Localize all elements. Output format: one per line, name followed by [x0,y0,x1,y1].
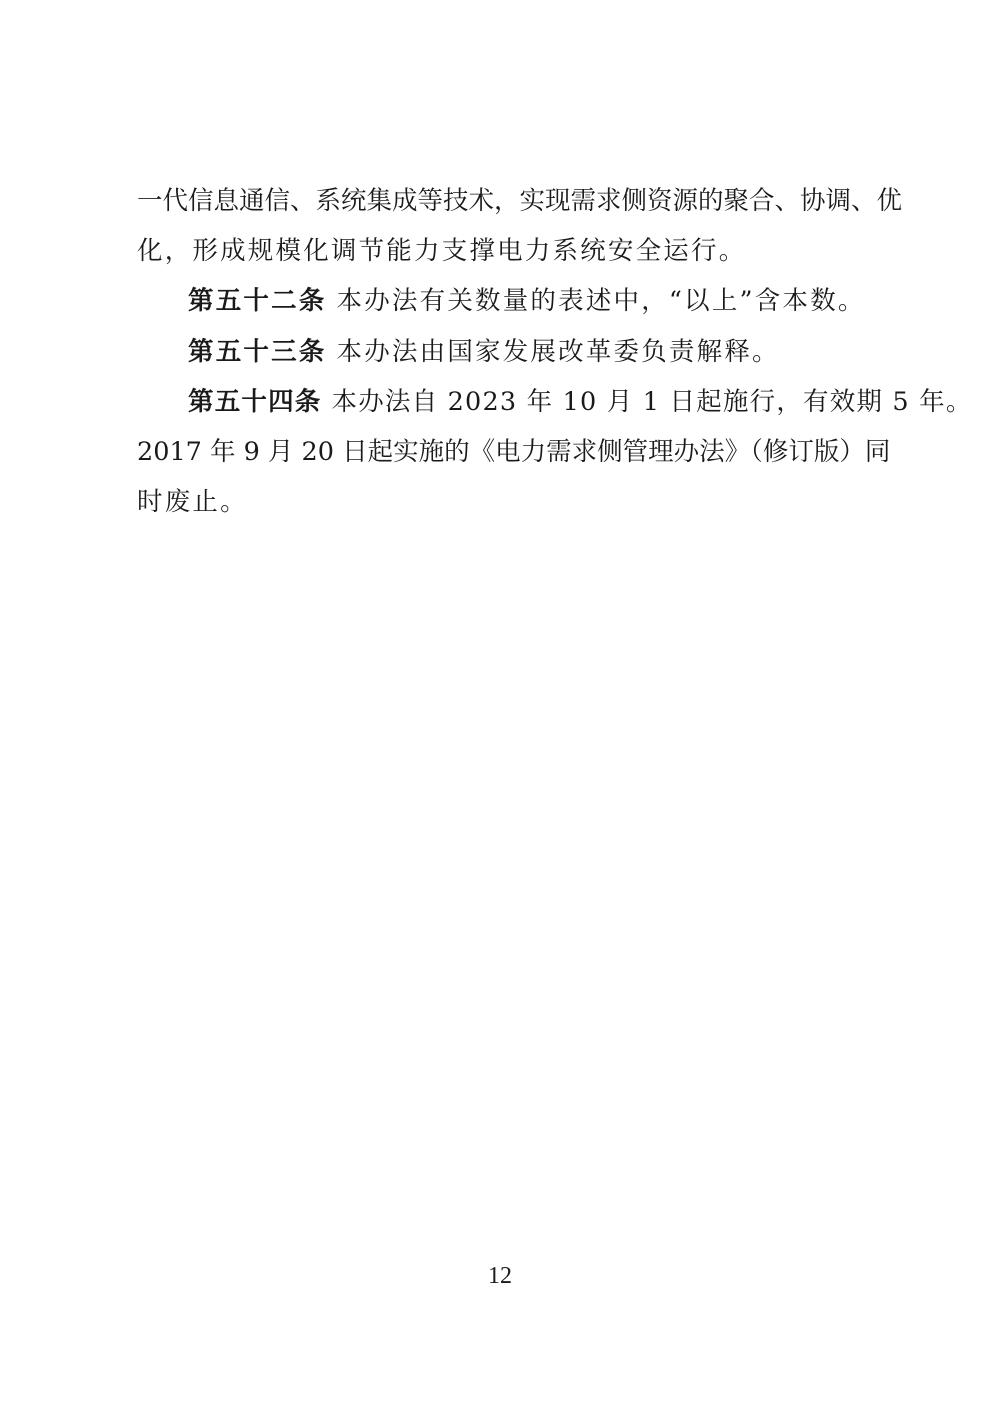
article-number: 第五十四条 [188,387,322,417]
article-text: 本办法自 2023 年 10 月 1 日起施行，有效期 5 年。 [332,387,973,417]
paragraph-line: 化，形成规模化调节能力支撑电力系统安全运行。 [137,226,863,276]
article-54: 第五十四条本办法自 2023 年 10 月 1 日起施行，有效期 5 年。 [137,377,863,427]
paragraph-line: 一代信息通信、系统集成等技术，实现需求侧资源的聚合、协调、优 [137,176,863,226]
article-text: 本办法由国家发展改革委负责解释。 [337,337,780,367]
article-number: 第五十二条 [188,286,327,316]
article-text: 本办法有关数量的表述中，“以上”含本数。 [337,286,866,316]
article-number: 第五十三条 [188,337,327,367]
paragraph-line: 2017 年 9 月 20 日起实施的《电力需求侧管理办法》（修订版）同 [137,427,863,477]
page-number: 12 [0,1263,1000,1290]
paragraph-line: 时废止。 [137,477,863,527]
document-body: 一代信息通信、系统集成等技术，实现需求侧资源的聚合、协调、优 化，形成规模化调节… [137,176,863,527]
article-53: 第五十三条本办法由国家发展改革委负责解释。 [137,327,863,377]
article-52: 第五十二条本办法有关数量的表述中，“以上”含本数。 [137,276,863,326]
